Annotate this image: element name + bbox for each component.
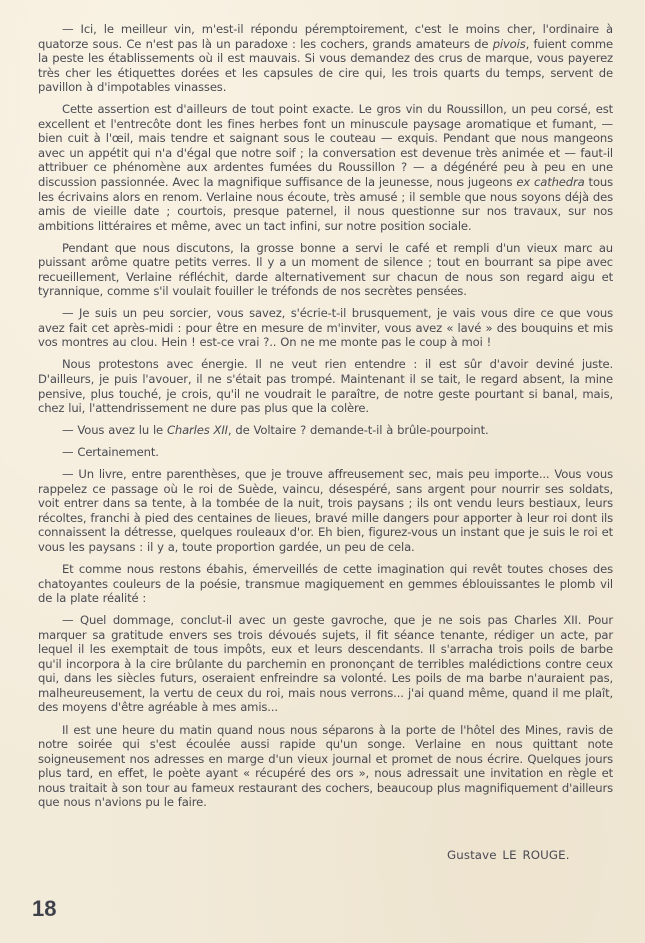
paragraph-text: — Quel dommage, conclut-il avec un geste… xyxy=(38,613,613,714)
paragraph: Pendant que nous discutons, la grosse bo… xyxy=(38,241,613,299)
paragraph-text: Et comme nous restons ébahis, émerveillé… xyxy=(38,562,613,605)
page-number: 18 xyxy=(32,896,56,922)
paragraph: — Je suis un peu sorcier, vous savez, s'… xyxy=(38,306,613,350)
paragraph: Cette assertion est d'ailleurs de tout p… xyxy=(38,102,613,233)
paragraph-text: Il est une heure du matin quand nous nou… xyxy=(38,723,613,810)
paragraph: — Quel dommage, conclut-il avec un geste… xyxy=(38,613,613,715)
italic-text: Charles XII xyxy=(167,423,228,437)
paragraph-text: — Certainement. xyxy=(62,445,159,459)
paragraph: — Certainement. xyxy=(38,445,613,460)
paragraph-text: , de Voltaire ? demande-t-il à brûle-pou… xyxy=(228,423,489,437)
paragraph-text: — Vous avez lu le xyxy=(62,423,167,437)
article-body: — Ici, le meilleur vin, m'est-il répondu… xyxy=(38,22,613,817)
paragraph-text: — Un livre, entre parenthèses, que je tr… xyxy=(38,467,613,554)
paragraph: Nous protestons avec énergie. Il ne veut… xyxy=(38,357,613,415)
paragraph: — Vous avez lu le Charles XII, de Voltai… xyxy=(38,423,613,438)
paragraph-text: Nous protestons avec énergie. Il ne veut… xyxy=(38,357,613,415)
paragraph: — Un livre, entre parenthèses, que je tr… xyxy=(38,467,613,554)
paragraph-text: — Je suis un peu sorcier, vous savez, s'… xyxy=(38,306,613,349)
paragraph-text: Pendant que nous discutons, la grosse bo… xyxy=(38,241,613,299)
author-signature: Gustave LE ROUGE. xyxy=(447,848,570,862)
paragraph: Il est une heure du matin quand nous nou… xyxy=(38,723,613,810)
paragraph: Et comme nous restons ébahis, émerveillé… xyxy=(38,562,613,606)
paragraph: — Ici, le meilleur vin, m'est-il répondu… xyxy=(38,22,613,95)
italic-text: pivois xyxy=(493,37,526,51)
italic-text: ex cathedra xyxy=(516,175,584,189)
